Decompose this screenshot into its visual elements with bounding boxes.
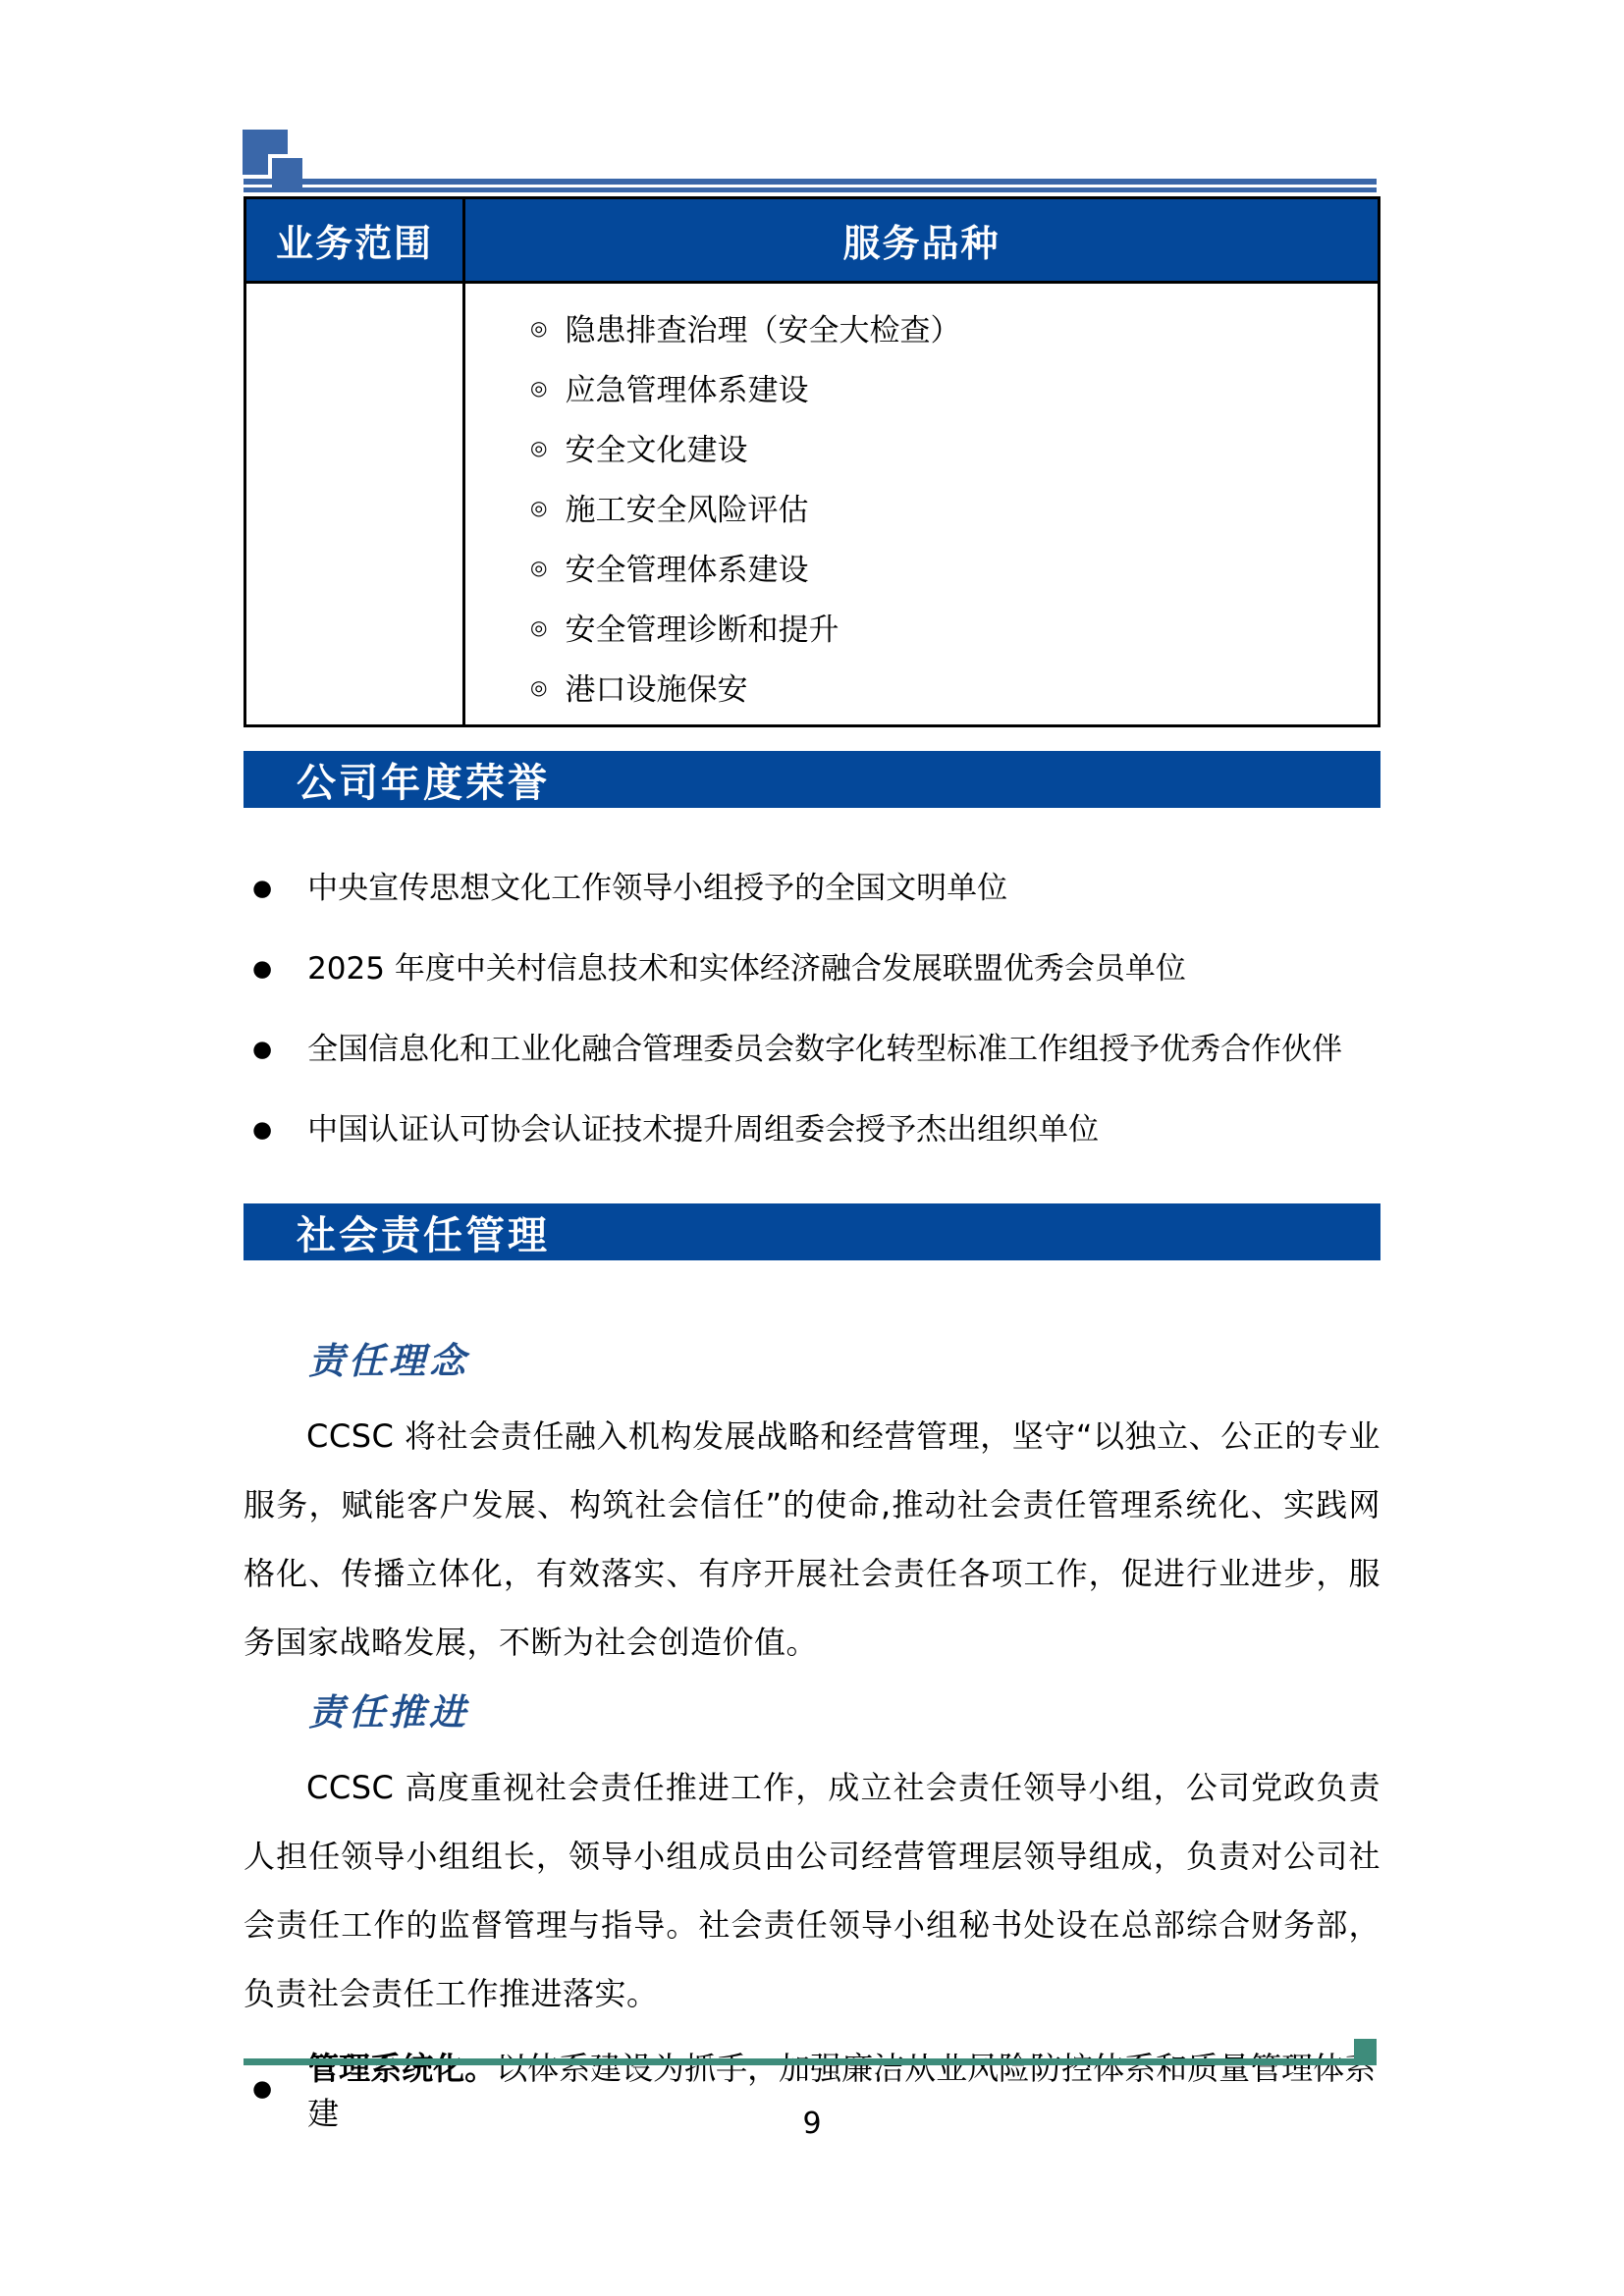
ring-bullet-icon: ◎ (530, 498, 547, 517)
dot-bullet-icon: ● (252, 878, 272, 900)
paragraph-responsibility-advance: CCSC 高度重视社会责任推进工作，成立社会责任领导小组，公司党政负责人担任领导… (244, 1753, 1380, 2028)
list-item-label: 施工安全风险评估 (565, 485, 808, 529)
footer-rule (244, 2058, 1377, 2065)
dot-bullet-icon: ● (252, 1039, 272, 1061)
subheading-responsibility-advance: 责任推进 (308, 1682, 1380, 1735)
service-types-list: ◎隐患排查治理（安全大检查） ◎应急管理体系建设 ◎安全文化建设 ◎施工安全风险… (465, 284, 1378, 724)
list-item-label: 安全文化建设 (565, 425, 747, 469)
list-item-label: 2025 年度中关村信息技术和实体经济融合发展联盟优秀会员单位 (307, 949, 1186, 988)
dot-bullet-icon: ● (252, 1119, 272, 1142)
services-table: 业务范围 服务品种 ◎隐患排查治理（安全大检查） ◎应急管理体系建设 ◎安全文化… (244, 196, 1380, 727)
list-item: ●中央宣传思想文化工作领导小组授予的全国文明单位 (244, 869, 1380, 908)
list-item-label: 安全管理诊断和提升 (565, 605, 839, 649)
section-header-annual-honors: 公司年度荣誉 (244, 751, 1380, 808)
list-item-label: 中央宣传思想文化工作领导小组授予的全国文明单位 (307, 869, 1007, 908)
page-content: 业务范围 服务品种 ◎隐患排查治理（安全大检查） ◎应急管理体系建设 ◎安全文化… (244, 196, 1380, 2134)
list-item: ●中国认证认可协会认证技术提升周组委会授予杰出组织单位 (244, 1110, 1380, 1149)
list-item-label: 港口设施保安 (565, 665, 747, 709)
document-page: 业务范围 服务品种 ◎隐患排查治理（安全大检查） ◎应急管理体系建设 ◎安全文化… (0, 0, 1624, 2296)
column-header-service-types: 服务品种 (464, 198, 1380, 283)
list-item: ●2025 年度中关村信息技术和实体经济融合发展联盟优秀会员单位 (244, 949, 1380, 988)
paragraph-responsibility-philosophy: CCSC 将社会责任融入机构发展战略和经营管理，坚守“以独立、公正的专业服务，赋… (244, 1402, 1380, 1677)
list-item: ◎应急管理体系建设 (530, 357, 1378, 417)
dot-bullet-icon: ● (252, 958, 272, 981)
list-item: ◎施工安全风险评估 (530, 477, 1378, 537)
ring-bullet-icon: ◎ (530, 558, 547, 577)
list-item-label: 中国认证认可协会认证技术提升周组委会授予杰出组织单位 (307, 1110, 1099, 1149)
ring-bullet-icon: ◎ (530, 617, 547, 637)
ring-bullet-icon: ◎ (530, 378, 547, 398)
column-header-business-scope: 业务范围 (245, 198, 464, 283)
section-title: 社会责任管理 (297, 1204, 550, 1260)
table-row: ◎隐患排查治理（安全大检查） ◎应急管理体系建设 ◎安全文化建设 ◎施工安全风险… (245, 283, 1380, 726)
service-types-cell: ◎隐患排查治理（安全大检查） ◎应急管理体系建设 ◎安全文化建设 ◎施工安全风险… (464, 283, 1380, 726)
header-rule-top (244, 179, 1377, 185)
list-item-label: 应急管理体系建设 (565, 365, 808, 409)
business-scope-cell (245, 283, 464, 726)
list-item-label: 全国信息化和工业化融合管理委员会数字化转型标准工作组授予优秀合作伙伴 (307, 1030, 1342, 1069)
list-item: ◎港口设施保安 (530, 657, 1378, 717)
list-item: ●全国信息化和工业化融合管理委员会数字化转型标准工作组授予优秀合作伙伴 (244, 1030, 1380, 1069)
footer-square-accent (1354, 2039, 1377, 2061)
table-header-row: 业务范围 服务品种 (245, 198, 1380, 283)
subheading-responsibility-philosophy: 责任理念 (308, 1331, 1380, 1384)
ring-bullet-icon: ◎ (530, 438, 547, 457)
section-title: 公司年度荣誉 (297, 752, 550, 808)
decorative-square-small (268, 154, 302, 190)
list-item-label: 隐患排查治理（安全大检查） (565, 305, 960, 349)
bullet-lead-bold: 管理系统化。 (307, 2050, 496, 2087)
header-rule-bottom (244, 187, 1377, 192)
section-header-csr-management: 社会责任管理 (244, 1203, 1380, 1260)
ring-bullet-icon: ◎ (530, 318, 547, 338)
ring-bullet-icon: ◎ (530, 677, 547, 697)
page-number: 9 (0, 2107, 1624, 2141)
list-item-label: 安全管理体系建设 (565, 545, 808, 589)
dot-bullet-icon: ● (252, 2078, 272, 2101)
honors-list: ●中央宣传思想文化工作领导小组授予的全国文明单位 ●2025 年度中关村信息技术… (244, 869, 1380, 1149)
list-item: ◎隐患排查治理（安全大检查） (530, 297, 1378, 357)
list-item: ◎安全管理诊断和提升 (530, 597, 1378, 657)
list-item: ◎安全管理体系建设 (530, 537, 1378, 597)
list-item: ◎安全文化建设 (530, 417, 1378, 477)
